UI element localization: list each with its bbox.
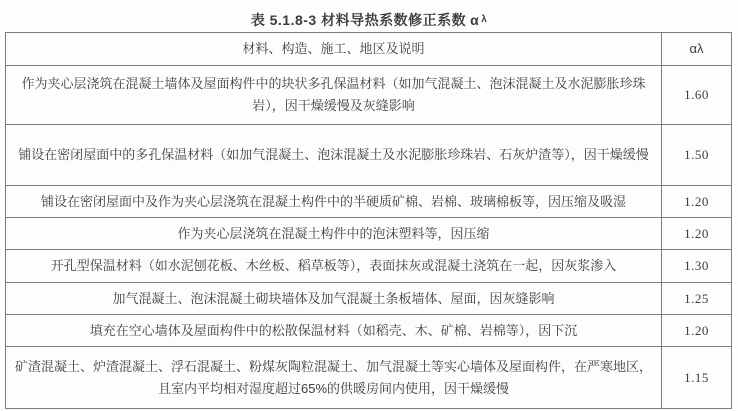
header-coefficient: αλ — [662, 33, 732, 66]
lambda-subscript: λ — [481, 14, 487, 25]
alpha-symbol: α — [470, 12, 479, 28]
value-cell: 1.20 — [662, 315, 732, 347]
table-row: 开孔型保温材料（如水泥刨花板、木丝板、稻草板等），表面抹灰或混凝土浇筑在一起，因… — [6, 250, 732, 283]
table-row: 作为夹心层浇筑在混凝土构件中的泡沫塑料等，因压缩 1.20 — [6, 218, 732, 250]
header-description: 材料、构造、施工、地区及说明 — [6, 33, 662, 66]
value-cell: 1.20 — [662, 186, 732, 218]
value-cell: 1.25 — [662, 283, 732, 315]
table-row: 矿渣混凝土、炉渣混凝土、浮石混凝土、粉煤灰陶粒混凝土、加气混凝土等实心墙体及屋面… — [6, 347, 732, 409]
value-cell: 1.30 — [662, 250, 732, 283]
table-header-row: 材料、构造、施工、地区及说明 αλ — [6, 33, 732, 66]
table-row: 填充在空心墙体及屋面构件中的松散保温材料（如稻壳、木、矿棉、岩棉等），因下沉 1… — [6, 315, 732, 347]
table-row: 铺设在密闭屋面中的多孔保温材料（如加气混凝土、泡沫混凝土及水泥膨胀珍珠岩、石灰炉… — [6, 125, 732, 186]
description-cell: 开孔型保温材料（如水泥刨花板、木丝板、稻草板等），表面抹灰或混凝土浇筑在一起，因… — [6, 250, 662, 283]
value-cell: 1.15 — [662, 347, 732, 409]
value-cell: 1.50 — [662, 125, 732, 186]
description-cell: 矿渣混凝土、炉渣混凝土、浮石混凝土、粉煤灰陶粒混凝土、加气混凝土等实心墙体及屋面… — [6, 347, 662, 409]
description-cell: 作为夹心层浇筑在混凝土构件中的泡沫塑料等，因压缩 — [6, 218, 662, 250]
table-row: 作为夹心层浇筑在混凝土墙体及屋面构件中的块状多孔保温材料（如加气混凝土、泡沫混凝… — [6, 66, 732, 125]
value-cell: 1.20 — [662, 218, 732, 250]
table-row: 铺设在密闭屋面中及作为夹心层浇筑在混凝土构件中的半硬质矿棉、岩棉、玻璃棉板等，因… — [6, 186, 732, 218]
description-cell: 铺设在密闭屋面中的多孔保温材料（如加气混凝土、泡沫混凝土及水泥膨胀珍珠岩、石灰炉… — [6, 125, 662, 186]
description-cell: 作为夹心层浇筑在混凝土墙体及屋面构件中的块状多孔保温材料（如加气混凝土、泡沫混凝… — [6, 66, 662, 125]
description-cell: 铺设在密闭屋面中及作为夹心层浇筑在混凝土构件中的半硬质矿棉、岩棉、玻璃棉板等，因… — [6, 186, 662, 218]
table-title: 表 5.1.8-3 材料导热系数修正系数αλ — [0, 0, 738, 22]
table-title-text: 表 5.1.8-3 材料导热系数修正系数 — [251, 12, 466, 28]
table-row: 加气混凝土、泡沫混凝土砌块墙体及加气混凝土条板墙体、屋面，因灰缝影响 1.25 — [6, 283, 732, 315]
description-cell: 填充在空心墙体及屋面构件中的松散保温材料（如稻壳、木、矿棉、岩棉等），因下沉 — [6, 315, 662, 347]
description-cell: 加气混凝土、泡沫混凝土砌块墙体及加气混凝土条板墙体、屋面，因灰缝影响 — [6, 283, 662, 315]
value-cell: 1.60 — [662, 66, 732, 125]
correction-factor-table: 材料、构造、施工、地区及说明 αλ 作为夹心层浇筑在混凝土墙体及屋面构件中的块状… — [5, 32, 732, 409]
